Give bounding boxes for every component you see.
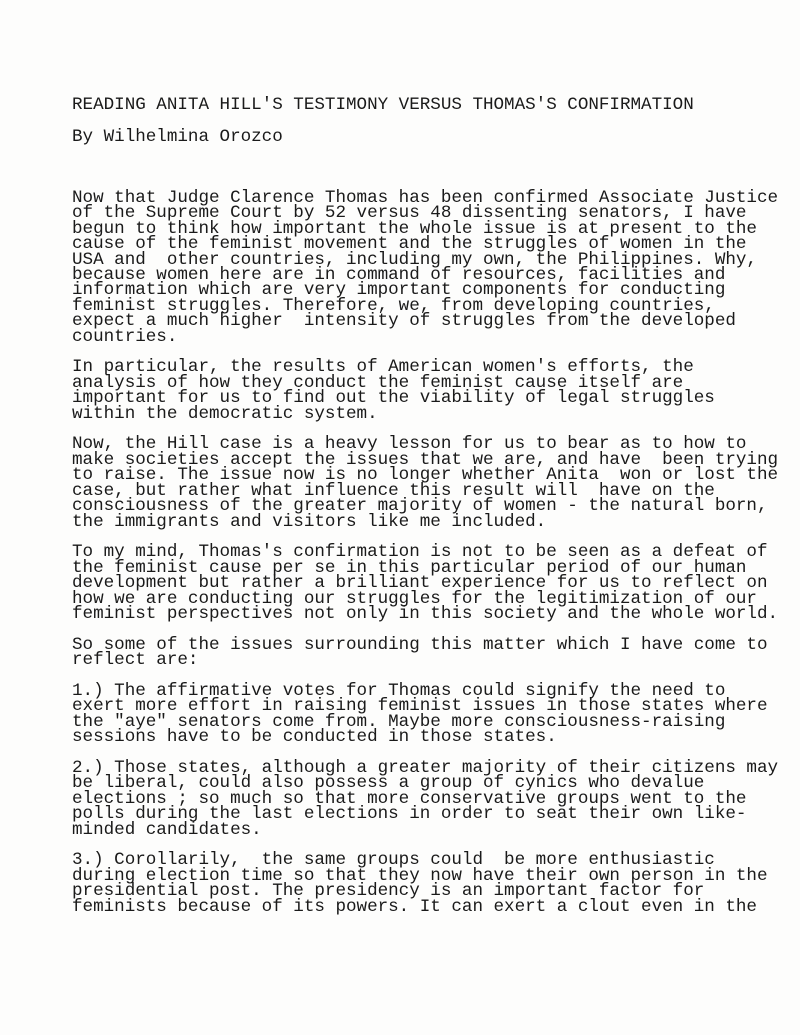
- list-item-3: 3.) Corollarily, the same groups could b…: [72, 853, 732, 915]
- text-line: feminist perspectives not only in this s…: [72, 607, 732, 622]
- paragraph-confirmation-view: To my mind, Thomas's confirmation is not…: [72, 545, 732, 622]
- text-line: minded candidates.: [72, 823, 732, 838]
- text-line: feminists because of its powers. It can …: [72, 900, 732, 915]
- list-item-2: 2.) Those states, although a greater maj…: [72, 761, 732, 838]
- document-body: Now that Judge Clarence Thomas has been …: [72, 191, 732, 915]
- paragraph-issues-lead: So some of the issues surrounding this m…: [72, 638, 732, 669]
- document-title: READING ANITA HILL'S TESTIMONY VERSUS TH…: [72, 96, 732, 114]
- text-line: the immigrants and visitors like me incl…: [72, 515, 732, 530]
- paragraph-american-efforts: In particular, the results of American w…: [72, 360, 732, 422]
- text-line: reflect are:: [72, 653, 732, 668]
- text-line: within the democratic system.: [72, 407, 732, 422]
- author-byline: By Wilhelmina Orozco: [72, 128, 732, 146]
- text-line: sessions have to be conducted in those s…: [72, 730, 732, 745]
- list-item-1: 1.) The affirmative votes for Thomas cou…: [72, 684, 732, 746]
- paragraph-hill-case: Now, the Hill case is a heavy lesson for…: [72, 437, 732, 529]
- paragraph-intro: Now that Judge Clarence Thomas has been …: [72, 191, 732, 345]
- text-line: countries.: [72, 330, 732, 345]
- document-page: READING ANITA HILL'S TESTIMONY VERSUS TH…: [72, 96, 732, 915]
